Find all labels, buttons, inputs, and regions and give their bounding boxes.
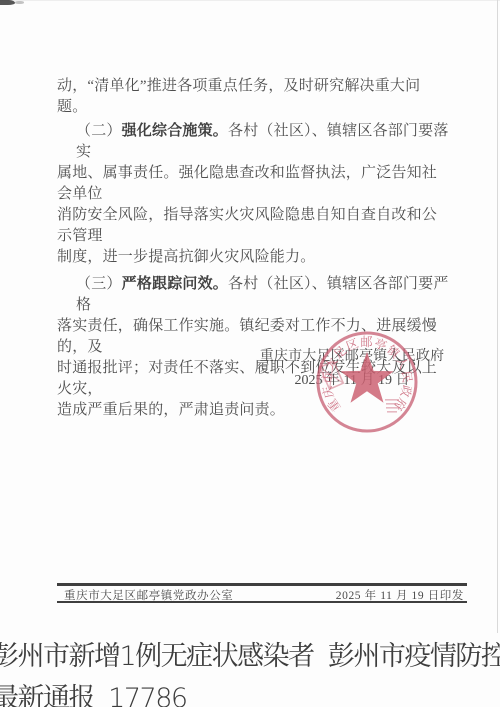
scan-corner-artifact-faint	[15, 1, 24, 4]
body-line: 属地、属事责任。强化隐患查改和监督执法，广泛告知社会单位	[57, 163, 449, 205]
official-seal-graphic: 重庆市大足区邮亭镇人民政府	[312, 327, 422, 437]
body-line: 消防安全风险，指导落实火灾风险隐患自知自查自改和公示管理	[57, 205, 449, 247]
official-seal: 重庆市大足区邮亭镇人民政府	[312, 327, 422, 437]
scanned-document-page: 动，“清单化”推进各项重点任务，及时研究解决重大问题。 （二）强化综合施策。各村…	[0, 0, 500, 707]
seal-star-icon	[340, 352, 393, 403]
paragraph-label: （三）	[76, 276, 122, 292]
paragraph-subheading: 强化综合施策。	[122, 123, 228, 139]
scan-top-edge	[0, 0, 500, 1]
scan-right-edge	[497, 0, 498, 633]
body-line: （三）严格跟踪问效。各村（社区）、镇辖区各部门要严格	[57, 274, 449, 316]
body-line: 动，“清单化”推进各项重点任务，及时研究解决重大问题。	[57, 76, 449, 118]
footer-rule-top	[57, 583, 467, 586]
caption-title-line1: 彭州市新增1例无症状感染者 彭州市疫情防控	[0, 634, 500, 673]
body-line: （二）强化综合施策。各村（社区）、镇辖区各部门要落实	[57, 121, 449, 163]
paragraph-2: （二）强化综合施策。各村（社区）、镇辖区各部门要落实 属地、属事责任。强化隐患查…	[57, 121, 449, 268]
footer-rule-bottom	[57, 601, 467, 603]
paragraph-subheading: 严格跟踪问效。	[122, 276, 228, 292]
caption-title-line2: 最新通报 17786	[0, 676, 187, 707]
body-line: 制度，进一步提高抗御火灾风险能力。	[57, 247, 449, 268]
scan-corner-artifact	[0, 0, 15, 5]
paragraph-label: （二）	[76, 123, 122, 139]
paragraph-continuation: 动，“清单化”推进各项重点任务，及时研究解决重大问题。	[57, 76, 449, 118]
